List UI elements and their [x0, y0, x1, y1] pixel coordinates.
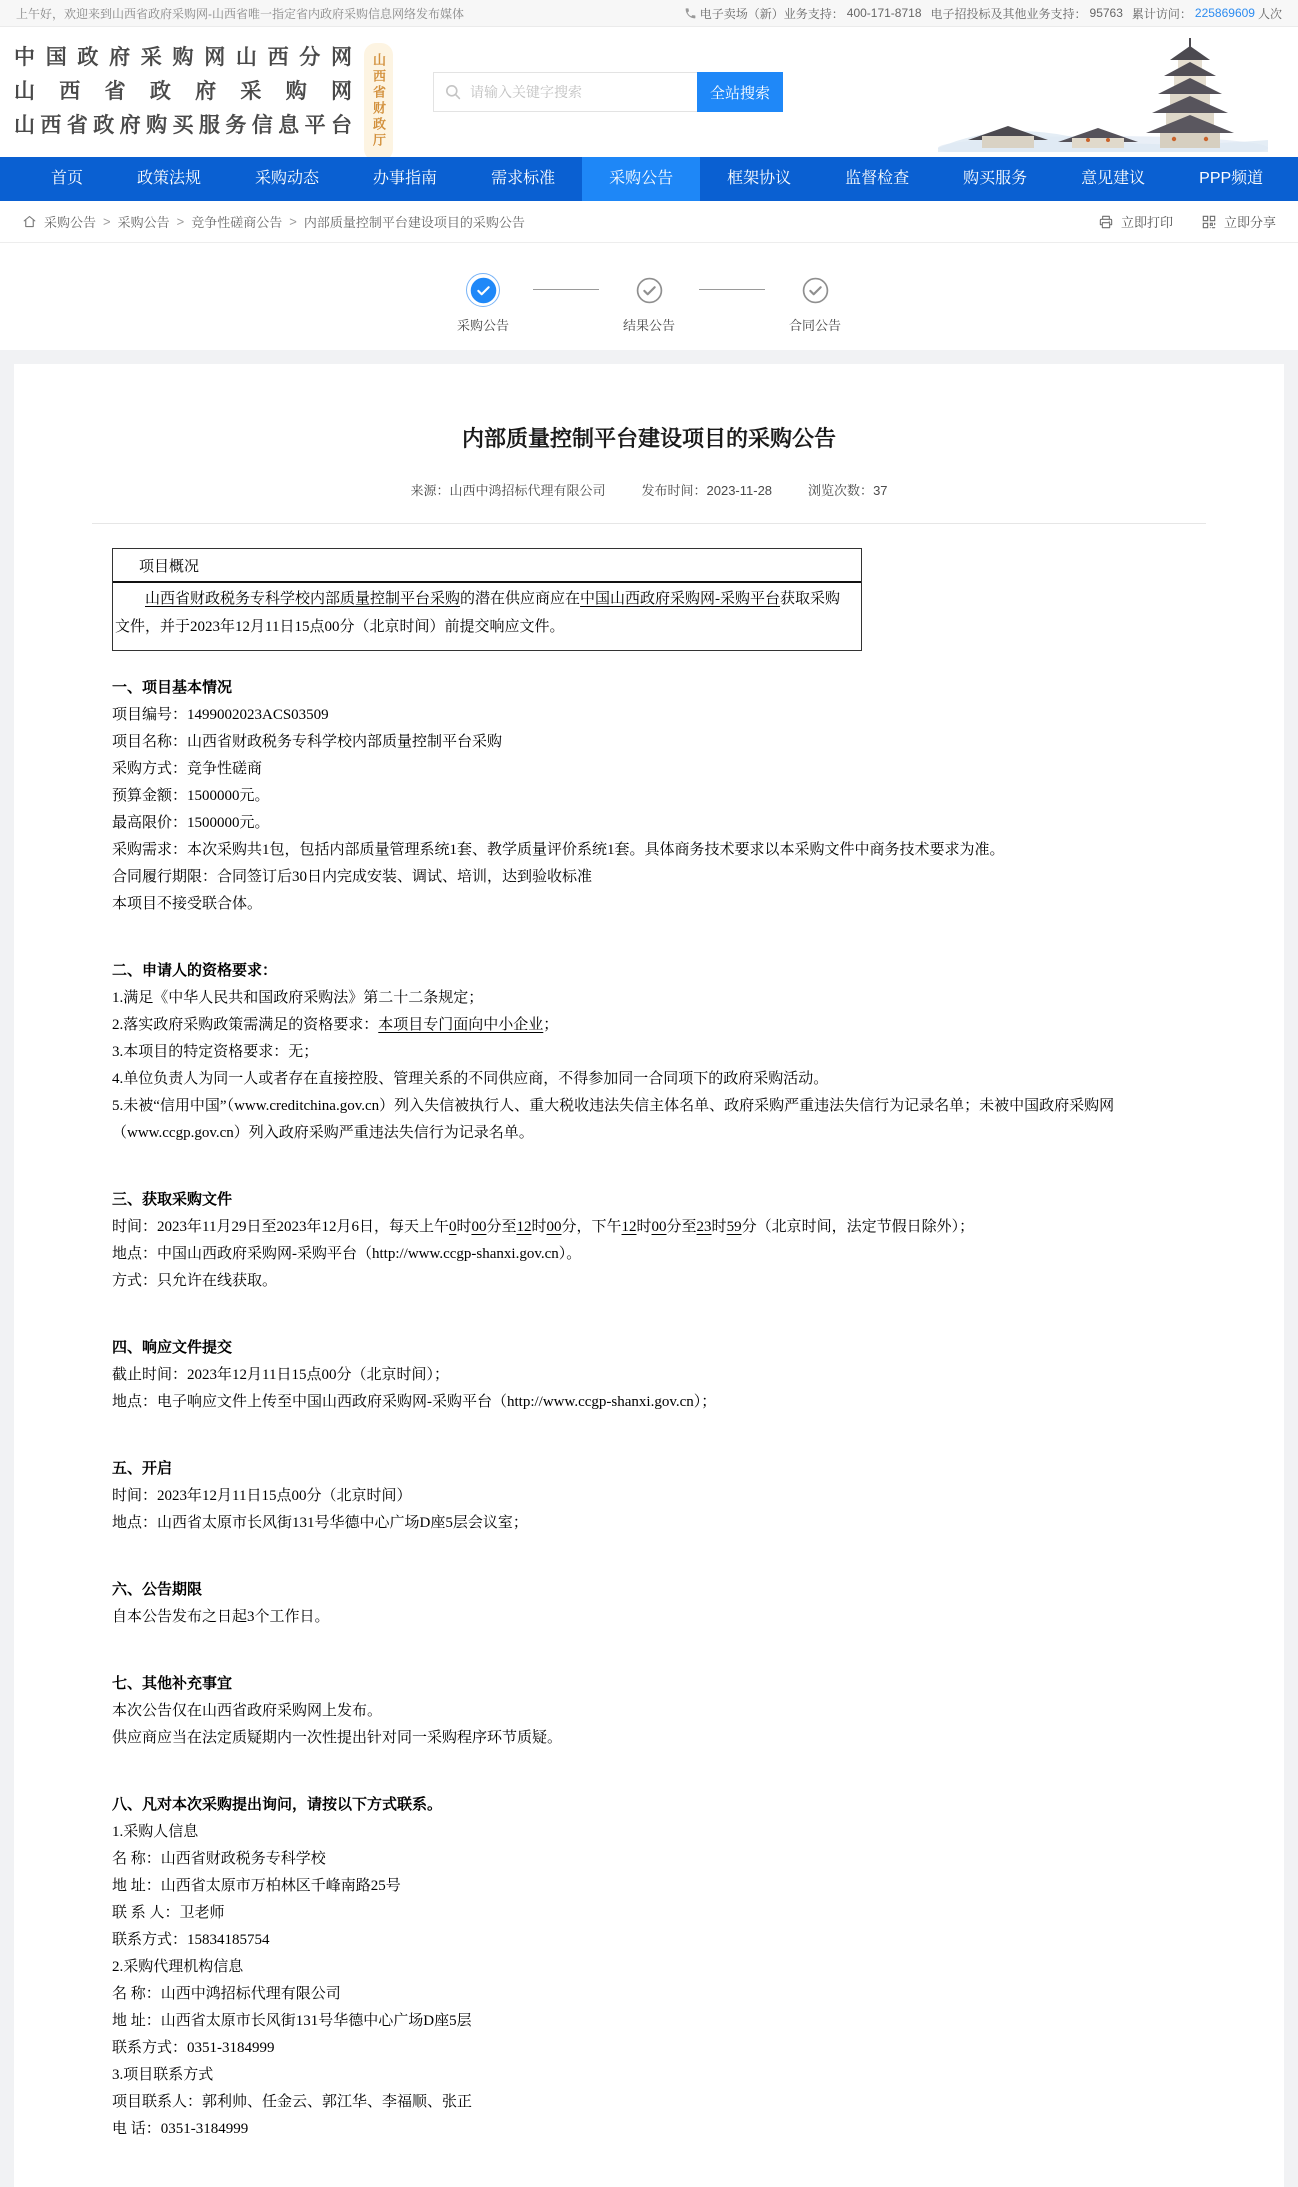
source-value: 山西中鸿招标代理有限公司 — [449, 483, 605, 498]
document-paragraph: 电 话：0351-3184999 — [92, 2116, 1206, 2143]
document-paragraph: 地点：电子响应文件上传至中国山西政府采购网-采购平台（http://www.cc… — [92, 1389, 1206, 1416]
document-paragraph: 本项目不接受联合体。 — [92, 891, 1206, 918]
steps-band: 采购公告结果公告合同公告 — [0, 243, 1298, 350]
overview-text: 山西省财政税务专科学校内部质量控制平台采购的潜在供应商应在中国山西政府采购网-采… — [113, 583, 861, 650]
document-paragraph: 项目名称：山西省财政税务专科学校内部质量控制平台采购 — [92, 729, 1206, 756]
document-paragraph: 4.单位负责人为同一人或者存在直接控股、管理关系的不同供应商，不得参加同一合同项… — [92, 1066, 1206, 1093]
site-logo: 中国政府采购网山西分网 山西省政府采购网 山西省政府购买服务信息平台 — [14, 41, 352, 143]
step-label: 结果公告 — [623, 315, 675, 334]
pagoda-illustration — [938, 36, 1268, 157]
document-paragraph: 联系方式：0351-3184999 — [92, 2035, 1206, 2062]
document-paragraph: 2.落实政府采购政策需满足的资格要求：本项目专门面向中小企业； — [92, 1012, 1206, 1039]
share-label: 立即分享 — [1224, 212, 1276, 231]
nav-item-1[interactable]: 首页 — [24, 157, 110, 201]
document-paragraph: 项目联系人：郭利帅、任金云、郭江华、李福顺、张正 — [92, 2089, 1206, 2116]
page-title: 内部质量控制平台建设项目的采购公告 — [92, 422, 1206, 453]
document-body: 一、项目基本情况项目编号：1499002023ACS03509项目名称：山西省财… — [92, 675, 1206, 2143]
step-connector — [533, 289, 599, 290]
other-support-phone: 95763 — [1090, 6, 1123, 20]
other-support-label: 电子招投标及其他业务支持： — [931, 5, 1087, 22]
document-paragraph: 预算金额：1500000元。 — [92, 783, 1206, 810]
document-paragraph: 供应商应当在法定质疑期内一次性提出针对同一采购程序环节质疑。 — [92, 1725, 1206, 1752]
phone-icon — [684, 7, 697, 20]
publish-time-label: 发布时间： — [641, 483, 706, 498]
breadcrumb-items: 采购公告>采购公告>竞争性磋商公告>内部质量控制平台建设项目的采购公告 — [37, 212, 532, 231]
step-label: 采购公告 — [457, 315, 509, 334]
nav-item-12[interactable]: 下载专区 — [1290, 157, 1298, 201]
document-paragraph: 联 系 人：卫老师 — [92, 1900, 1206, 1927]
document-paragraph: 1.满足《中华人民共和国政府采购法》第二十二条规定； — [92, 985, 1206, 1012]
document-paragraph: 自本公告发布之日起3个工作日。 — [92, 1604, 1206, 1631]
document-paragraph: 地 址：山西省太原市长风街131号华德中心广场D座5层 — [92, 2008, 1206, 2035]
document-paragraph: 采购方式：竞争性磋商 — [92, 756, 1206, 783]
step-connector — [699, 289, 765, 290]
check-circle-icon-active — [466, 273, 500, 307]
breadcrumb-item[interactable]: 竞争性磋商公告 — [191, 212, 282, 231]
print-label: 立即打印 — [1121, 212, 1173, 231]
document-paragraph: 名 称：山西中鸿招标代理有限公司 — [92, 1981, 1206, 2008]
support-label: 电子卖场（新）业务支持： — [700, 5, 844, 22]
overview-title: 项目概况 — [113, 549, 861, 583]
document-paragraph: 截止时间：2023年12月11日15点00分（北京时间）； — [92, 1362, 1206, 1389]
section-heading: 一、项目基本情况 — [92, 675, 1206, 702]
document-paragraph: 项目编号：1499002023ACS03509 — [92, 702, 1206, 729]
search-input[interactable] — [433, 72, 697, 112]
check-circle-icon — [632, 273, 666, 307]
visits-count: 225869609 — [1195, 6, 1255, 20]
home-icon[interactable] — [22, 214, 37, 229]
section-heading: 二、申请人的资格要求： — [92, 958, 1206, 985]
document-paragraph: 最高限价：1500000元。 — [92, 810, 1206, 837]
meta-divider — [92, 523, 1206, 524]
document: 项目概况 山西省财政税务专科学校内部质量控制平台采购的潜在供应商应在中国山西政府… — [92, 548, 1206, 2143]
breadcrumb-item[interactable]: 采购公告 — [118, 212, 170, 231]
source-label: 来源： — [410, 483, 449, 498]
nav-item-9[interactable]: 购买服务 — [936, 157, 1054, 201]
main-nav: 首页政策法规采购动态办事指南需求标准采购公告框架协议监督检查购买服务意见建议PP… — [0, 157, 1298, 201]
site-header: 中国政府采购网山西分网 山西省政府采购网 山西省政府购买服务信息平台 山西省财政… — [0, 27, 1298, 157]
article-meta: 来源：山西中鸿招标代理有限公司 发布时间：2023-11-28 浏览次数：37 — [92, 480, 1206, 499]
step-item: 采购公告 — [443, 273, 523, 334]
support-phone: 400-171-8718 — [847, 6, 922, 20]
document-paragraph: 地点：中国山西政府采购网-采购平台（http://www.ccgp-shanxi… — [92, 1241, 1206, 1268]
share-button[interactable]: 立即分享 — [1201, 212, 1276, 231]
logo-line-1: 中国政府采购网山西分网 — [14, 41, 352, 75]
document-paragraph: 2.采购代理机构信息 — [92, 1954, 1206, 1981]
document-paragraph: 5.未被“信用中国”（www.creditchina.gov.cn）列入失信被执… — [92, 1093, 1206, 1147]
section-heading: 五、开启 — [92, 1456, 1206, 1483]
check-circle-icon — [798, 273, 832, 307]
search-button[interactable]: 全站搜索 — [697, 72, 783, 112]
section-heading: 四、响应文件提交 — [92, 1335, 1206, 1362]
steps: 采购公告结果公告合同公告 — [0, 273, 1298, 334]
step-item: 合同公告 — [775, 273, 855, 334]
document-paragraph: 采购需求：本次采购共1包，包括内部质量管理系统1套、教学质量评价系统1套。具体商… — [92, 837, 1206, 864]
document-paragraph: 3.本项目的特定资格要求：无； — [92, 1039, 1206, 1066]
print-button[interactable]: 立即打印 — [1098, 212, 1173, 231]
views-label: 浏览次数： — [808, 483, 873, 498]
search-icon — [445, 84, 461, 100]
breadcrumb-separator: > — [177, 214, 185, 229]
qr-code-icon — [1201, 214, 1217, 230]
step-label: 合同公告 — [789, 315, 841, 334]
document-paragraph: 本次公告仅在山西省政府采购网上发布。 — [92, 1698, 1206, 1725]
project-overview-box: 项目概况 山西省财政税务专科学校内部质量控制平台采购的潜在供应商应在中国山西政府… — [112, 548, 862, 651]
document-paragraph: 方式：只允许在线获取。 — [92, 1268, 1206, 1295]
document-paragraph: 联系方式：15834185754 — [92, 1927, 1206, 1954]
nav-item-3[interactable]: 采购动态 — [228, 157, 346, 201]
nav-item-10[interactable]: 意见建议 — [1054, 157, 1172, 201]
document-paragraph: 地点：山西省太原市长风街131号华德中心广场D座5层会议室； — [92, 1510, 1206, 1537]
top-utility-bar: 上午好，欢迎来到山西省政府采购网-山西省唯一指定省内政府采购信息网络发布媒体 电… — [0, 0, 1298, 27]
breadcrumb-item: 内部质量控制平台建设项目的采购公告 — [304, 212, 525, 231]
section-heading: 七、其他补充事宜 — [92, 1671, 1206, 1698]
page-tools: 立即打印 立即分享 — [1098, 212, 1276, 231]
announcement-card: 内部质量控制平台建设项目的采购公告 来源：山西中鸿招标代理有限公司 发布时间：2… — [14, 364, 1284, 2187]
document-paragraph: 名 称：山西省财政税务专科学校 — [92, 1846, 1206, 1873]
document-paragraph: 时间：2023年11月29日至2023年12月6日，每天上午0时00分至12时0… — [92, 1214, 1206, 1241]
document-paragraph: 1.采购人信息 — [92, 1819, 1206, 1846]
document-paragraph: 合同履行期限：合同签订后30日内完成安装、调试、培训，达到验收标准 — [92, 864, 1206, 891]
document-paragraph: 3.项目联系方式 — [92, 2062, 1206, 2089]
logo-line-3: 山西省政府购买服务信息平台 — [14, 109, 352, 143]
document-paragraph: 地 址：山西省太原市万柏林区千峰南路25号 — [92, 1873, 1206, 1900]
publish-time-value: 2023-11-28 — [707, 483, 773, 498]
section-heading: 三、获取采购文件 — [92, 1187, 1206, 1214]
printer-icon — [1098, 214, 1114, 230]
site-search: 全站搜索 — [433, 72, 783, 112]
topbar-contacts: 电子卖场（新）业务支持： 400-171-8718 电子招投标及其他业务支持： … — [684, 5, 1282, 22]
breadcrumb-separator: > — [103, 214, 111, 229]
finance-department-seal: 山西省财政厅 — [364, 43, 393, 157]
breadcrumb: 采购公告>采购公告>竞争性磋商公告>内部质量控制平台建设项目的采购公告 立即打印… — [0, 201, 1298, 243]
breadcrumb-item[interactable]: 采购公告 — [44, 212, 96, 231]
nav-item-2[interactable]: 政策法规 — [110, 157, 228, 201]
nav-item-7[interactable]: 框架协议 — [700, 157, 818, 201]
nav-item-4[interactable]: 办事指南 — [346, 157, 464, 201]
logo-line-2: 山西省政府采购网 — [14, 75, 352, 109]
visits-suffix: 人次 — [1258, 5, 1282, 22]
section-heading: 八、凡对本次采购提出询问，请按以下方式联系。 — [92, 1792, 1206, 1819]
nav-item-6[interactable]: 采购公告 — [582, 157, 700, 201]
document-paragraph: 时间：2023年12月11日15点00分（北京时间） — [92, 1483, 1206, 1510]
visits-label: 累计访问： — [1132, 5, 1192, 22]
views-value: 37 — [873, 483, 887, 498]
section-heading: 六、公告期限 — [92, 1577, 1206, 1604]
welcome-text: 上午好，欢迎来到山西省政府采购网-山西省唯一指定省内政府采购信息网络发布媒体 — [16, 5, 464, 22]
step-item: 结果公告 — [609, 273, 689, 334]
nav-item-11[interactable]: PPP频道 — [1172, 157, 1290, 201]
breadcrumb-separator: > — [289, 214, 297, 229]
nav-item-8[interactable]: 监督检查 — [818, 157, 936, 201]
nav-item-5[interactable]: 需求标准 — [464, 157, 582, 201]
